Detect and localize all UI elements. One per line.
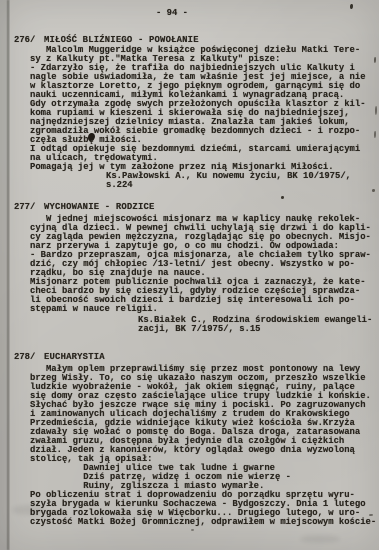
section-276-citation: Ks.Pawłowski A., Ku nowemu życiu, BK 10/… bbox=[106, 172, 351, 190]
section-number: 278/ bbox=[14, 352, 44, 362]
noise-speck bbox=[374, 131, 376, 138]
noise-speck bbox=[372, 189, 375, 192]
text-line: stępami w nauce religii. bbox=[30, 305, 371, 314]
text-line: Ks.Pawłowski A., Ku nowemu życiu, BK 10/… bbox=[106, 172, 351, 181]
section-278-body: Małym oplem przeprawiliśmy się przez mos… bbox=[30, 365, 376, 527]
text-line: s.224 bbox=[106, 181, 351, 190]
text-line: czystość Matki Bożej Gromnicznej, odpraw… bbox=[30, 518, 376, 527]
section-277-header: 277/ WYCHOWANIE - RODZICE bbox=[14, 202, 155, 212]
section-278-header: 278/ EUCHARYSTIA bbox=[14, 352, 105, 362]
section-title: MIŁOŚĆ BLIŹNIEGO - POWOŁANIE bbox=[44, 35, 199, 45]
section-title: WYCHOWANIE - RODZICE bbox=[44, 202, 155, 212]
scan-smudge bbox=[12, 505, 46, 515]
scanned-document-page: - 94 - 276/ MIŁOŚĆ BLIŹNIEGO - POWOŁANIE… bbox=[0, 0, 379, 550]
section-number: 277/ bbox=[14, 202, 44, 212]
text-line: zacji, BK 7/1975/, s.15 bbox=[138, 325, 372, 334]
noise-speck bbox=[281, 196, 284, 199]
noise-speck bbox=[191, 529, 194, 531]
noise-speck bbox=[375, 106, 377, 115]
scan-smudge bbox=[300, 535, 340, 543]
noise-speck bbox=[374, 57, 376, 63]
scan-line-artifact bbox=[7, 0, 9, 550]
section-277-citation: Ks.Białek C., Rodzina środowiskiem ewang… bbox=[138, 316, 372, 334]
section-276-body: Malcolm Muggeridge w książce poświęconej… bbox=[30, 46, 366, 172]
section-276-header: 276/ MIŁOŚĆ BLIŹNIEGO - POWOŁANIE bbox=[14, 35, 199, 45]
section-277-body: W jednej miejscowości misjonarz ma w kap… bbox=[30, 215, 371, 314]
section-number: 276/ bbox=[14, 35, 44, 45]
noise-speck bbox=[350, 4, 353, 9]
page-number: - 94 - bbox=[156, 8, 188, 18]
section-title: EUCHARYSTIA bbox=[44, 352, 105, 362]
